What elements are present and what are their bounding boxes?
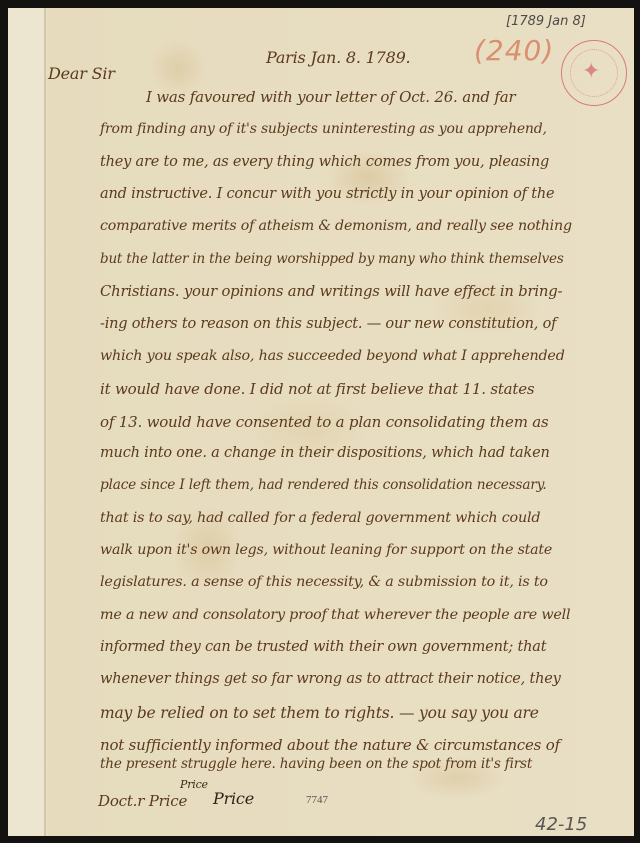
letter-line: may be relied on to set them to rights. … [100, 704, 539, 722]
letter-line: walk upon it's own legs, without leaning… [100, 542, 552, 558]
letter-line: the present struggle here. having been o… [100, 756, 532, 772]
letter-line: of 13. would have consented to a plan co… [100, 413, 549, 431]
letter-line: I was favoured with your letter of Oct. … [146, 88, 515, 106]
page-number: 42-15 [535, 814, 587, 835]
letter-line: -ing others to reason on this subject. —… [100, 316, 556, 332]
mounting-strip [44, 8, 46, 836]
letter-line: but the latter in the being worshipped b… [100, 251, 564, 267]
archival-date-note: [1789 Jan 8] [506, 14, 586, 29]
letter-line: whenever things get so far wrong as to a… [100, 671, 561, 687]
letter-line: which you speak also, has succeeded beyo… [100, 348, 565, 364]
addressee-insert: Price [180, 778, 208, 791]
letter-line: comparative merits of atheism & demonism… [100, 218, 572, 234]
addressee-correction: Price [213, 789, 254, 808]
letter-line: that is to say, had called for a federal… [100, 510, 540, 526]
letter-line: place since I left them, had rendered th… [100, 477, 546, 493]
library-stamp-icon: ✦ [561, 40, 627, 106]
letter-line: legislatures. a sense of this necessity,… [100, 574, 548, 590]
letter-page: [1789 Jan 8] (240) ✦ Paris Jan. 8. 1789.… [8, 8, 634, 836]
addressee: Doct.r Price [98, 792, 187, 810]
letter-line: me a new and consolatory proof that wher… [100, 607, 570, 623]
dateline: Paris Jan. 8. 1789. [266, 48, 410, 67]
reference-number: (240) [474, 34, 554, 67]
letter-line: from finding any of it's subjects uninte… [100, 121, 547, 137]
salutation: Dear Sir [48, 64, 115, 83]
letter-line: and instructive. I concur with you stric… [100, 186, 554, 202]
letter-line: Christians. your opinions and writings w… [100, 283, 562, 300]
letter-line: much into one. a change in their disposi… [100, 445, 550, 461]
letter-line: not sufficiently informed about the natu… [100, 736, 560, 754]
catalog-number: 7747 [306, 794, 328, 806]
letter-line: it would have done. I did not at first b… [100, 380, 534, 398]
letter-line: informed they can be trusted with their … [100, 639, 546, 655]
letter-line: they are to me, as every thing which com… [100, 154, 549, 170]
